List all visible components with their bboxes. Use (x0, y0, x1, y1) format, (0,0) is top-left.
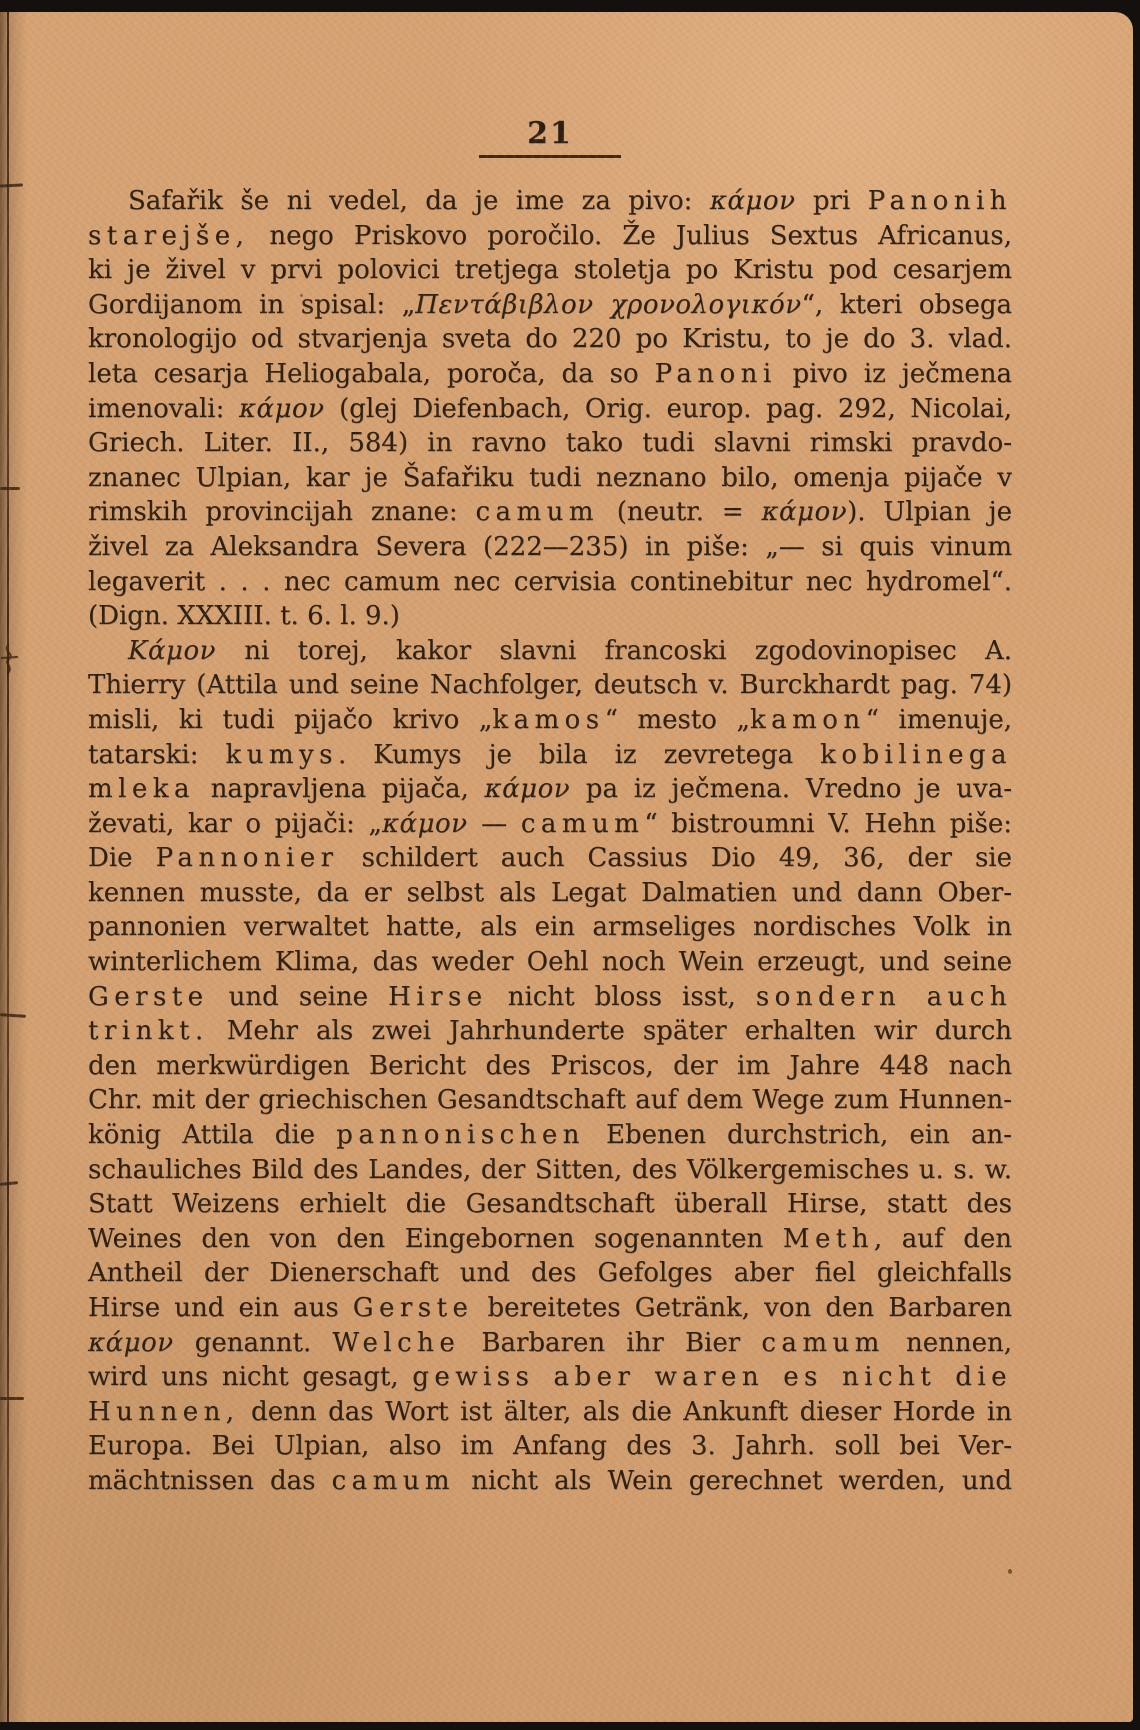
text-segment: Gerste (88, 982, 209, 1012)
text-line: ževati, kar o pijači: „κάμον — camum“ bi… (88, 807, 1012, 842)
text-segment: nennen, (885, 1328, 1012, 1358)
text-segment: mächtnissen das (88, 1466, 332, 1496)
text-line: Gordijanom in spisal: „Πεντάβιβλον χρονο… (88, 288, 1012, 323)
text-segment: denn das Wort ist älter, als die Ankunft… (240, 1397, 1012, 1427)
text-line: Antheil der Dienerschaft und des Gefolge… (88, 1256, 1012, 1291)
text-segment: legaverit . . . nec camum nec cervisia c… (88, 567, 1012, 597)
text-segment: Statt Weizens erhielt die Gesandtschaft … (88, 1189, 1012, 1219)
text-line: den merkwürdigen Bericht des Priscos, de… (88, 1049, 1012, 1084)
text-segment: nicht bloss isst, (488, 982, 756, 1012)
text-segment: ževati, kar o pijači: „ (88, 809, 382, 839)
text-line: Europa. Bei Ulpian, also im Anfang des 3… (88, 1429, 1012, 1464)
text-segment: “ imenuje, (866, 705, 1012, 735)
text-line: mächtnissen das camum nicht als Wein ger… (88, 1464, 1012, 1499)
margin-pen-mark (0, 487, 20, 490)
text-segment: bereitetes Getränk, von den Barbaren (473, 1293, 1012, 1323)
margin-pen-mark (0, 1181, 18, 1186)
text-segment: κάμον (761, 497, 847, 527)
text-segment: Chr. mit der griechischen Gesandtschaft … (88, 1085, 1012, 1115)
text-line: znanec Ulpian, kar je Šafařiku tudi nezn… (88, 461, 1012, 496)
text-segment: genannt. (174, 1328, 333, 1358)
text-line: Hirse und ein aus Gerste bereitetes Getr… (88, 1291, 1012, 1326)
text-segment: napravljena pijača, (195, 774, 485, 804)
text-segment: Hirse (388, 982, 487, 1012)
text-segment: živel za Aleksandra Severa (222—235) in … (88, 532, 1012, 562)
text-segment: pivo iz ječmena (777, 359, 1012, 389)
text-segment: Europa. Bei Ulpian, also im Anfang des 3… (88, 1431, 1012, 1461)
text-segment: camum (521, 809, 644, 839)
text-line: wird uns nicht gesagt, gewiss aber waren… (88, 1360, 1012, 1395)
text-segment: Thierry (Attila und seine Nachfolger, de… (88, 670, 1012, 700)
text-segment: Gordijanom in spisal: „ (88, 290, 415, 320)
page-number-rule (479, 155, 621, 158)
text-segment: könig Attila die (88, 1120, 336, 1150)
text-segment: pannonien verwaltet hatte, als ein armse… (88, 912, 1012, 942)
text-line: tatarski: kumys. Kumys je bila iz zevret… (88, 738, 1012, 773)
text-segment: camum (761, 1328, 884, 1358)
text-line: leta cesarja Heliogabala, poroča, da so … (88, 357, 1012, 392)
text-segment: Gerste (353, 1293, 474, 1323)
text-segment: Κάμον (128, 636, 216, 666)
book-page: 21 Safařik še ni vedel, da je ime za piv… (0, 12, 1133, 1722)
text-segment: kronologijo od stvarjenja sveta do 220 p… (88, 324, 1012, 354)
page-text: Safařik še ni vedel, da je ime za pivo: … (88, 184, 1012, 1499)
text-segment: kennen musste, da er selbst als Legat Da… (88, 878, 1012, 908)
text-line: kronologijo od stvarjenja sveta do 220 p… (88, 322, 1012, 357)
text-segment: ki je živel v prvi polovici tretjega sto… (88, 255, 1012, 285)
text-line: misli, ki tudi pijačo krivo „kamos“ mest… (88, 703, 1012, 738)
text-segment: camum (476, 497, 599, 527)
text-segment: Welche (332, 1328, 460, 1358)
text-line: starejše, nego Priskovo poročilo. Že Jul… (88, 219, 1012, 254)
text-segment: (Dign. XXXIII. t. 6. l. 9.) (88, 601, 400, 631)
text-segment: (glej Diefenbach, Orig. europ. pag. 292,… (325, 394, 1012, 424)
text-segment: sondern auch (756, 982, 1012, 1012)
text-line: imenovali: κάμον (glej Diefenbach, Orig.… (88, 392, 1012, 427)
text-segment: kamon (750, 705, 866, 735)
text-line: Gerste und seine Hirse nicht bloss isst,… (88, 980, 1012, 1015)
text-segment: camum (332, 1466, 455, 1496)
margin-pen-mark (0, 1013, 26, 1018)
text-segment: gewiss aber waren es nicht die (412, 1362, 1012, 1392)
page-header: 21 (88, 116, 1012, 158)
paragraph: Safařik še ni vedel, da je ime za pivo: … (88, 184, 1012, 634)
binding-crease (7, 12, 9, 1722)
margin-pen-mark (0, 183, 23, 187)
scanned-page-canvas: 21 Safařik še ni vedel, da je ime za piv… (0, 0, 1140, 1730)
text-line: Thierry (Attila und seine Nachfolger, de… (88, 668, 1012, 703)
text-segment: (neutr. = (599, 497, 762, 527)
text-line: Die Pannonier schildert auch Cassius Dio… (88, 841, 1012, 876)
text-segment: starejše, (88, 221, 249, 251)
text-segment: wird uns nicht gesagt, (88, 1362, 412, 1392)
text-segment: κάμον (88, 1328, 174, 1358)
text-segment: pannonischen (336, 1120, 585, 1150)
text-segment: ). Ulpian je (847, 497, 1012, 527)
text-line: schauliches Bild des Landes, der Sitten,… (88, 1153, 1012, 1188)
margin-pen-mark (0, 1397, 24, 1400)
text-segment: Panoni (655, 359, 777, 389)
text-segment: Meth (783, 1224, 874, 1254)
text-line: (Dign. XXXIII. t. 6. l. 9.) (88, 599, 1012, 634)
text-line: živel za Aleksandra Severa (222—235) in … (88, 530, 1012, 565)
text-segment: “ mesto „ (605, 705, 750, 735)
text-line: rimskih provincijah znane: camum (neutr.… (88, 495, 1012, 530)
text-segment: misli, ki tudi pijačo krivo „ (88, 705, 492, 735)
text-segment: tatarski: (88, 740, 225, 770)
text-segment: Antheil der Dienerschaft und des Gefolge… (88, 1258, 1012, 1288)
text-segment: Pannonier (156, 843, 339, 873)
text-segment: schildert auch Cassius Dio 49, 36, der s… (339, 843, 1012, 873)
text-segment: Mehr als zwei Jahrhunderte später erhalt… (209, 1016, 1012, 1046)
text-segment: und seine (209, 982, 389, 1012)
text-segment: kamos (492, 705, 604, 735)
text-segment: mleka (88, 774, 195, 804)
text-segment: “, kteri obsega (802, 290, 1012, 320)
page-number: 21 (527, 116, 573, 151)
text-segment: κάμον (382, 809, 468, 839)
text-segment: kumys (225, 740, 338, 770)
text-line: Safařik še ni vedel, da je ime za pivo: … (88, 184, 1012, 219)
text-line: Griech. Liter. II., 584) in ravno tako t… (88, 426, 1012, 461)
text-line: ki je živel v prvi polovici tretjega sto… (88, 253, 1012, 288)
page-content: 21 Safařik še ni vedel, da je ime za piv… (88, 116, 1012, 1499)
text-segment: winterlichem Klima, das weder Oehl noch … (88, 947, 1012, 977)
text-segment: κάμον (710, 186, 796, 216)
text-line: Hunnen, denn das Wort ist älter, als die… (88, 1395, 1012, 1430)
text-segment: pri (795, 186, 867, 216)
text-segment: nego Priskovo poročilo. Že Julius Sextus… (249, 221, 1012, 251)
text-segment: Griech. Liter. II., 584) in ravno tako t… (88, 428, 1012, 458)
text-segment: nicht als Wein gerechnet werden, und (455, 1466, 1012, 1496)
text-segment: . Kumys je bila iz zevretega (338, 740, 820, 770)
text-segment: trinkt. (88, 1016, 209, 1046)
text-segment: Πεντάβιβλον χρονολογικόν (415, 290, 801, 320)
text-line: κάμον genannt. Welche Barbaren ihr Bier … (88, 1326, 1012, 1361)
text-line: könig Attila die pannonischen Ebenen dur… (88, 1118, 1012, 1153)
text-segment: ni torej, kakor slavni francoski zgodovi… (216, 636, 1012, 666)
text-line: kennen musste, da er selbst als Legat Da… (88, 876, 1012, 911)
text-segment: κάμον (485, 774, 571, 804)
text-segment: — (468, 809, 521, 839)
text-segment: “ bistroumni V. Hehn piše: (644, 809, 1012, 839)
text-segment: rimskih provincijah znane: (88, 497, 476, 527)
paper-speck (1008, 1569, 1012, 1574)
text-line: Κάμον ni torej, kakor slavni francoski z… (88, 634, 1012, 669)
text-line: Weines den von den Eingebornen sogenannt… (88, 1222, 1012, 1257)
text-segment: leta cesarja Heliogabala, poroča, da so (88, 359, 655, 389)
text-line: pannonien verwaltet hatte, als ein armse… (88, 910, 1012, 945)
text-line: mleka napravljena pijača, κάμον pa iz je… (88, 772, 1012, 807)
text-segment: Die (88, 843, 156, 873)
text-segment: Safařik še ni vedel, da je ime za pivo: (128, 186, 710, 216)
text-line: trinkt. Mehr als zwei Jahrhunderte späte… (88, 1014, 1012, 1049)
text-segment: Barbaren ihr Bier (460, 1328, 761, 1358)
text-line: Statt Weizens erhielt die Gesandtschaft … (88, 1187, 1012, 1222)
text-segment: kobilinega (820, 740, 1012, 770)
text-segment: Hunnen, (88, 1397, 240, 1427)
text-segment: Panonih (868, 186, 1012, 216)
text-segment: κάμον (239, 394, 325, 424)
text-segment: den merkwürdigen Bericht des Priscos, de… (88, 1051, 1012, 1081)
text-segment: Hirse und ein aus (88, 1293, 353, 1323)
text-line: legaverit . . . nec camum nec cervisia c… (88, 565, 1012, 600)
paragraph: Κάμον ni torej, kakor slavni francoski z… (88, 634, 1012, 1499)
text-line: Chr. mit der griechischen Gesandtschaft … (88, 1083, 1012, 1118)
text-segment: Ebenen durchstrich, ein an- (585, 1120, 1012, 1150)
text-segment: imenovali: (88, 394, 239, 424)
text-segment: znanec Ulpian, kar je Šafařiku tudi nezn… (88, 463, 1012, 493)
text-segment: pa iz ječmena. Vredno je uva- (570, 774, 1012, 804)
text-segment: schauliches Bild des Landes, der Sitten,… (88, 1155, 1012, 1185)
text-line: winterlichem Klima, das weder Oehl noch … (88, 945, 1012, 980)
text-segment: , auf den (874, 1224, 1012, 1254)
text-segment: Weines den von den Eingebornen sogenannt… (88, 1224, 783, 1254)
margin-scribble-mark (0, 644, 20, 674)
